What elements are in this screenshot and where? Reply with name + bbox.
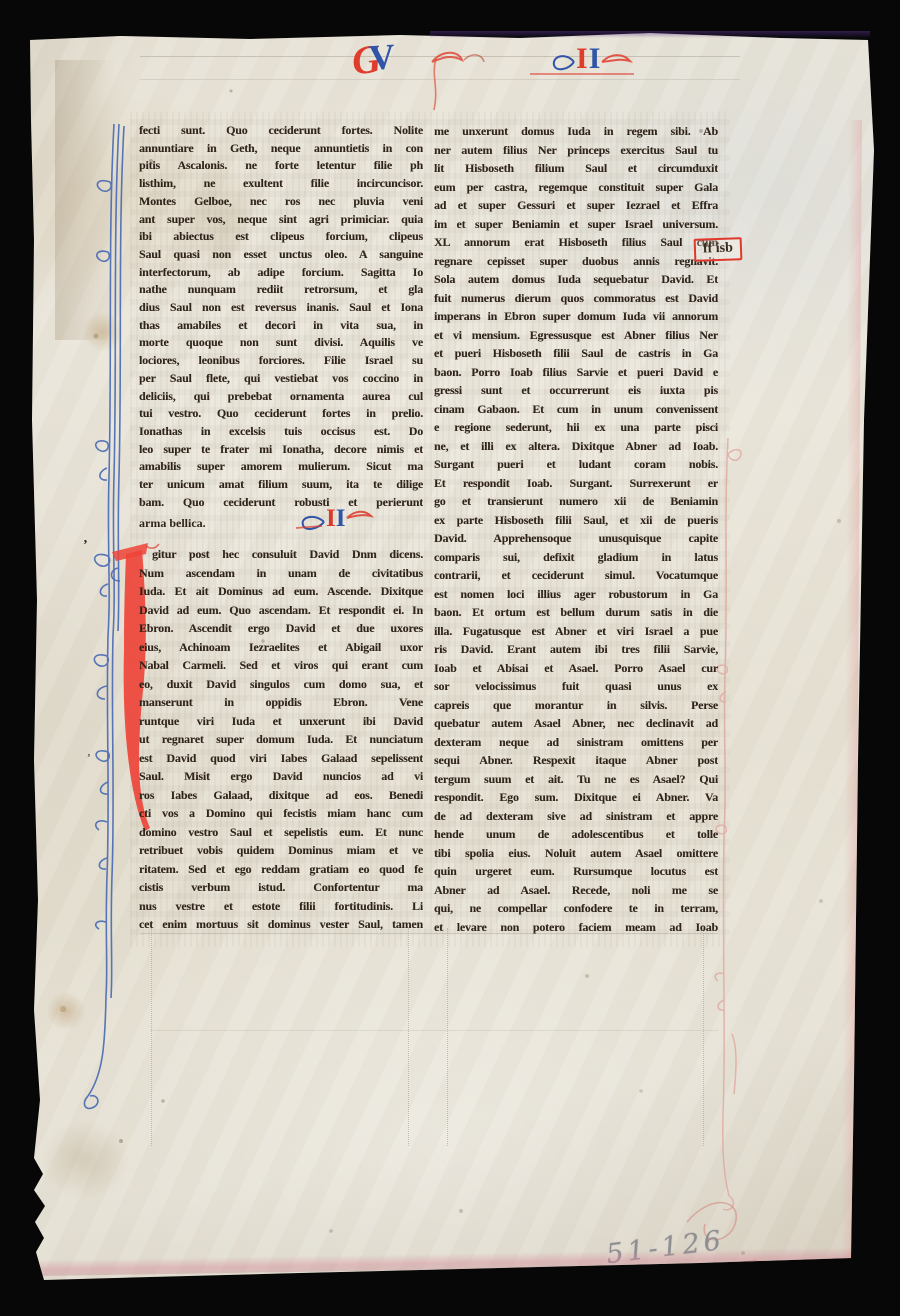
photo-background: G V I I [0,0,900,1316]
text-column-2: me unxerunt domus Iuda in regem sibi. Ab… [434,122,718,940]
ruling-line [408,928,409,1146]
chapter-end-line: arma bellica. [139,516,206,531]
ink-mark: ’ [83,538,88,554]
chapter-numeral-i1: I [326,506,336,531]
stain [40,1120,130,1200]
speckle-texture [0,0,2,2]
header-red-descender [428,58,448,118]
marginal-note-text: ff isb [703,240,733,256]
text-column-1-lower: gitur post hec consuluit David Dnm dicen… [139,545,423,937]
leaf-edge-pink-bottom [40,1247,852,1276]
ruling-line [150,1030,718,1031]
leaf-edge-purple-top [430,31,870,38]
running-title-letter-v: V [367,35,396,79]
header-red-baseline [530,70,640,80]
running-title-right: I I [548,44,634,74]
chapter-numeral-ii: I I [296,506,375,531]
text-column-1-upper: fecti sunt. Quo ceciderunt fortes. Nolit… [139,122,423,514]
ruling-line [447,928,448,1146]
marginal-note-box: ff isb [694,237,743,262]
manuscript-leaf: G V I I [0,0,900,1316]
chapter-numeral-i2: I [336,506,346,531]
chapter-red-swash [345,506,375,528]
ruling-line [151,928,152,1146]
leaf-edge-pink-right [841,120,862,1260]
chapter-blue-curl [296,512,326,534]
running-title-left: G V [352,36,395,83]
ink-mark: ’ [87,752,91,764]
ruling-line [703,928,704,1146]
